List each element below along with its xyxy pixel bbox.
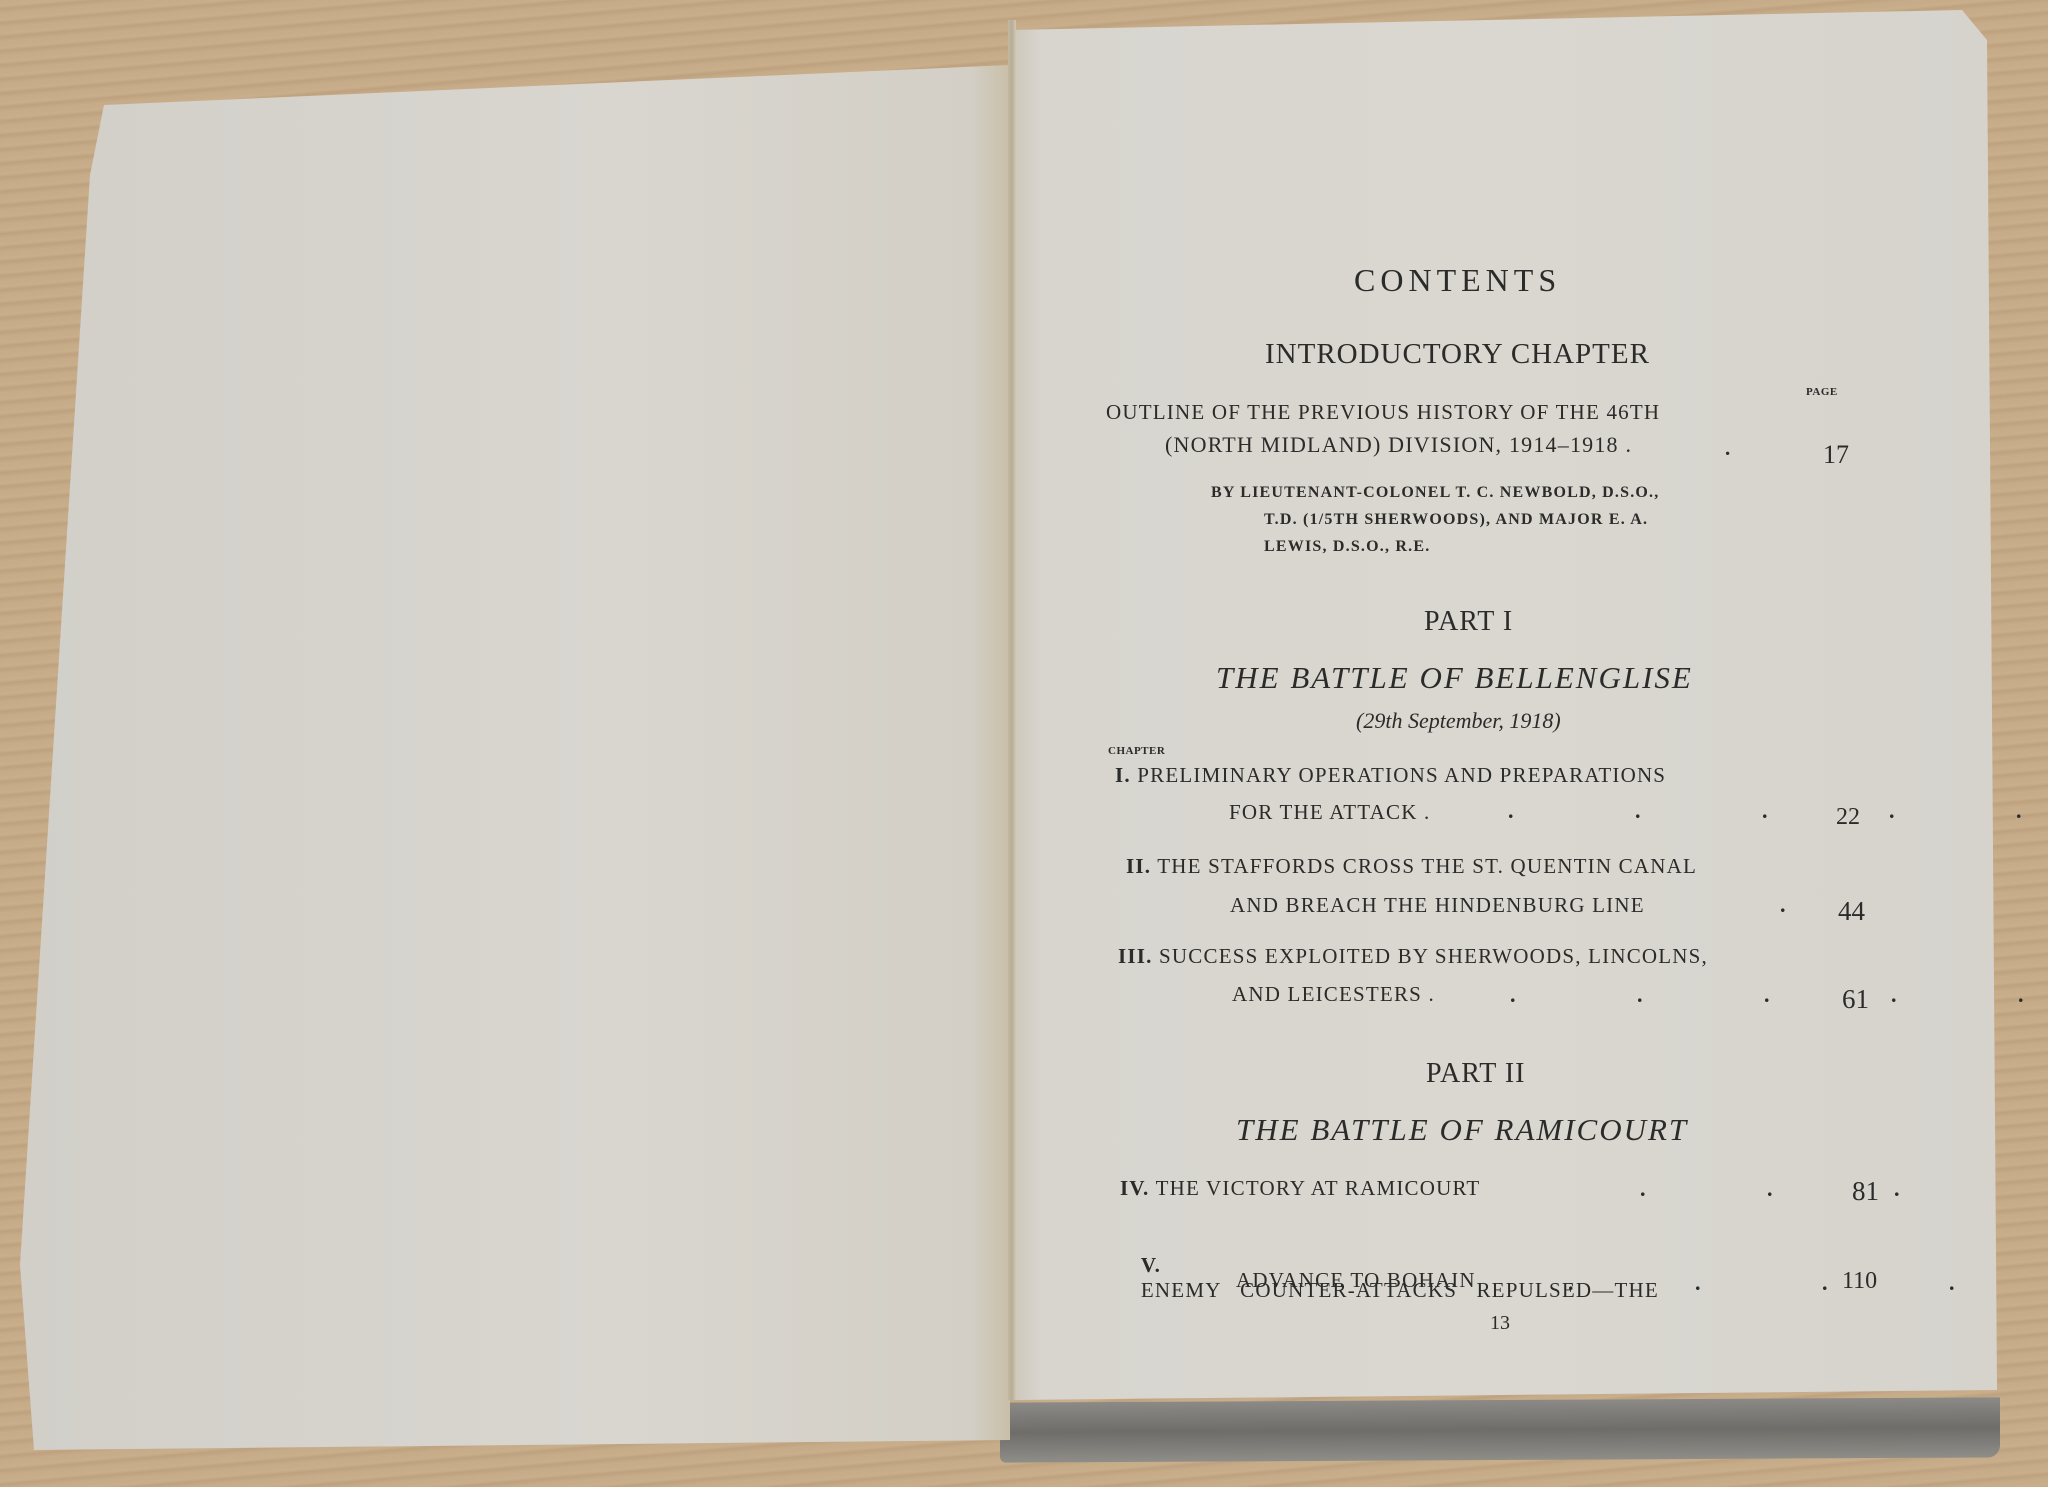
toc-entry-chapter-4[interactable]: IV. THE VICTORY AT RAMICOURT xyxy=(1120,1176,1480,1201)
chapter-number: V. xyxy=(1141,1253,1161,1277)
chapter-3-leader-dots: . . . . . xyxy=(1510,982,2048,1008)
chapter-number: I. xyxy=(1115,763,1131,787)
chapter-3-page: 61 xyxy=(1842,984,1869,1015)
chapter-title-line-1: THE STAFFORDS CROSS THE ST. QUENTIN CANA… xyxy=(1157,854,1697,878)
chapter-4-page: 81 xyxy=(1852,1176,1879,1207)
left-blank-page xyxy=(20,65,1010,1450)
page-folio-number: 13 xyxy=(1490,1312,1510,1335)
toc-entry-chapter-3[interactable]: III. SUCCESS EXPLOITED BY SHERWOODS, LIN… xyxy=(1118,944,1708,969)
chapter-title-line-1: SUCCESS EXPLOITED BY SHERWOODS, LINCOLNS… xyxy=(1159,944,1708,968)
chapter-1-leader-dots: . . . . . xyxy=(1508,798,2048,824)
introductory-chapter-title: INTRODUCTORY CHAPTER xyxy=(1265,338,1650,371)
chapter-2-leader-dots: . xyxy=(1780,892,1844,918)
book-page-edges xyxy=(1000,1397,2000,1462)
toc-entry-chapter-2[interactable]: II. THE STAFFORDS CROSS THE ST. QUENTIN … xyxy=(1126,854,1697,879)
intro-byline-3: LEWIS, D.S.O., R.E. xyxy=(1264,538,1430,556)
chapter-column-label: CHAPTER xyxy=(1108,745,1165,757)
part-1-label: PART I xyxy=(1424,606,1513,638)
chapter-3-title-line-2: AND LEICESTERS . xyxy=(1232,982,1435,1007)
intro-byline-2: T.D. (1/5TH SHERWOODS), AND MAJOR E. A. xyxy=(1264,511,1648,529)
chapter-title-line-1: PRELIMINARY OPERATIONS AND PREPARATIONS xyxy=(1137,763,1666,787)
page-column-label: PAGE xyxy=(1806,386,1838,398)
contents-heading: CONTENTS xyxy=(1354,262,1561,299)
chapter-number: IV. xyxy=(1120,1176,1149,1200)
part-2-title: THE BATTLE OF RAMICOURT xyxy=(1236,1112,1688,1148)
chapter-1-page: 22 xyxy=(1836,804,1860,831)
chapter-5-leader-dots: . . . . xyxy=(1568,1270,2013,1296)
chapter-5-title-line-2: ADVANCE TO BOHAIN xyxy=(1236,1268,1476,1293)
intro-byline-1: BY LIEUTENANT-COLONEL T. C. NEWBOLD, D.S… xyxy=(1211,484,1659,502)
chapter-number: III. xyxy=(1118,944,1153,968)
chapter-2-title-line-2: AND BREACH THE HINDENBURG LINE xyxy=(1230,893,1645,918)
chapter-4-leader-dots: . . . xyxy=(1640,1176,1958,1202)
intro-leader-dots: . xyxy=(1725,436,1731,461)
intro-line-2: (NORTH MIDLAND) DIVISION, 1914–1918 . xyxy=(1165,432,1632,458)
chapter-2-page: 44 xyxy=(1838,896,1865,927)
book-gutter xyxy=(1008,20,1016,1400)
intro-page-number: 17 xyxy=(1823,440,1849,470)
intro-line-1: OUTLINE OF THE PREVIOUS HISTORY OF THE 4… xyxy=(1106,400,1660,425)
chapter-1-title-line-2: FOR THE ATTACK . xyxy=(1229,800,1430,825)
part-2-label: PART II xyxy=(1426,1058,1525,1090)
part-1-date: (29th September, 1918) xyxy=(1356,708,1561,734)
chapter-number: II. xyxy=(1126,854,1151,878)
chapter-title-line-1: THE VICTORY AT RAMICOURT xyxy=(1156,1176,1481,1200)
toc-entry-chapter-1[interactable]: I. PRELIMINARY OPERATIONS AND PREPARATIO… xyxy=(1115,763,1666,788)
part-1-title: THE BATTLE OF BELLENGLISE xyxy=(1216,660,1693,696)
chapter-5-page: 110 xyxy=(1842,1268,1877,1295)
